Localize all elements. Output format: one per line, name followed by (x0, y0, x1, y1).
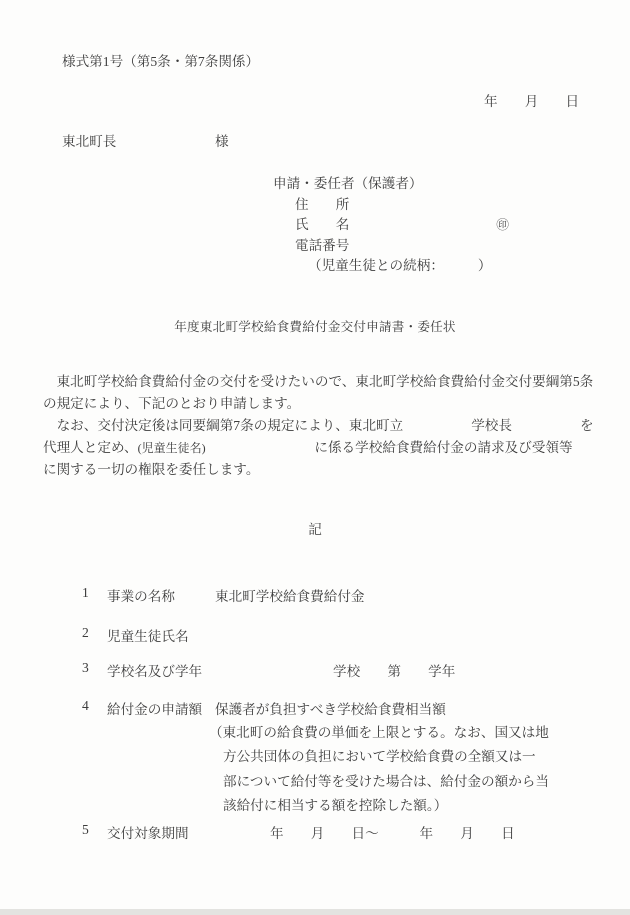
item-label: 給付金の申請額 (107, 698, 202, 718)
item-value: 年 月 日～ 年 月 日 (270, 822, 515, 842)
list-item-2: 2 児童生徒氏名 (0, 625, 630, 643)
address-label: 住 所 (273, 195, 509, 216)
list-item-4: 4 給付金の申請額 保護者が負担すべき学校給食費相当額 (0, 698, 630, 716)
item-number: 3 (82, 660, 89, 676)
item-number: 4 (82, 698, 89, 714)
addressee-row: 東北町長 様 (62, 130, 462, 150)
addressee-honorific: 様 (215, 130, 229, 150)
item-label: 交付対象期間 (107, 822, 189, 842)
item-number: 1 (82, 585, 89, 601)
list-item-3: 3 学校名及び学年 学校 第 学年 (0, 660, 630, 678)
item-number: 2 (82, 625, 89, 641)
addressee-name: 東北町長 (62, 134, 116, 149)
applicant-block: 申請・委任者（保護者） 住 所 氏 名㊞ 電話番号 （児童生徒との続柄： ） (273, 174, 509, 277)
note-line-2: 方公共団体の負担において学校給食費の全額又は一 (209, 745, 549, 769)
delegate-text: 代理人と定め、 (43, 440, 138, 455)
name-label: 氏 名 (295, 217, 349, 232)
form-number: 様式第1号（第5条・第7条関係） (62, 50, 259, 70)
body-line-3: なお、交付決定後は同要綱第7条の規定により、東北町立 学校長 を (43, 415, 594, 437)
item-label: 事業の名称 (107, 585, 175, 605)
note-line-3: 部について給付等を受けた場合は、給付金の額から当 (209, 770, 549, 794)
name-row: 氏 名㊞ (273, 215, 509, 236)
body-line-4: 代理人と定め、(児童生徒名) に係る学校給食費給付金の請求及び受領等 (43, 437, 594, 459)
body-line-1: 東北町学校給食費給付金の交付を受けたいので、東北町学校給食費給付金交付要綱第5条 (43, 371, 594, 393)
page-bottom-edge (0, 909, 630, 915)
body-line-2: の規定により、下記のとおり申請します。 (43, 393, 594, 415)
relation-label: （児童生徒との続柄： ） (273, 256, 509, 277)
item-value: 保護者が負担すべき学校給食費相当額 (215, 698, 446, 718)
document-title: 年度東北町学校給食費給付金交付申請書・委任状 (0, 316, 630, 335)
delegation-scope-text: に係る学校給食費給付金の請求及び受領等 (206, 440, 573, 455)
item-4-note: （東北町の給食費の単価を上限とする。なお、国又は地 方公共団体の負担において学校… (209, 721, 549, 818)
form-page: 様式第1号（第5条・第7条関係） 年 月 日 東北町長 様 申請・委任者（保護者… (0, 0, 630, 915)
item-label: 学校名及び学年 (107, 660, 202, 680)
list-item-5: 5 交付対象期間 年 月 日～ 年 月 日 (0, 822, 630, 840)
body-line-5: に関する一切の権限を委任します。 (43, 459, 594, 481)
phone-label: 電話番号 (273, 236, 509, 257)
ki-heading: 記 (0, 518, 630, 538)
note-line-1: （東北町の給食費の単価を上限とする。なお、国又は地 (209, 721, 549, 745)
applicant-heading: 申請・委任者（保護者） (273, 174, 509, 195)
note-line-4: 該給付に相当する額を控除した額。） (209, 794, 549, 818)
item-value: 東北町学校給食費給付金 (215, 585, 365, 605)
list-item-1: 1 事業の名称 東北町学校給食費給付金 (0, 585, 630, 603)
item-label: 児童生徒氏名 (107, 625, 189, 645)
date-line: 年 月 日 (484, 90, 579, 110)
body-paragraph: 東北町学校給食費給付金の交付を受けたいので、東北町学校給食費給付金交付要綱第5条… (43, 371, 594, 481)
item-number: 5 (82, 822, 89, 838)
student-name-placeholder: (児童生徒名) (138, 441, 206, 455)
item-value: 学校 第 学年 (333, 660, 455, 680)
seal-mark-icon: ㊞ (496, 215, 509, 236)
